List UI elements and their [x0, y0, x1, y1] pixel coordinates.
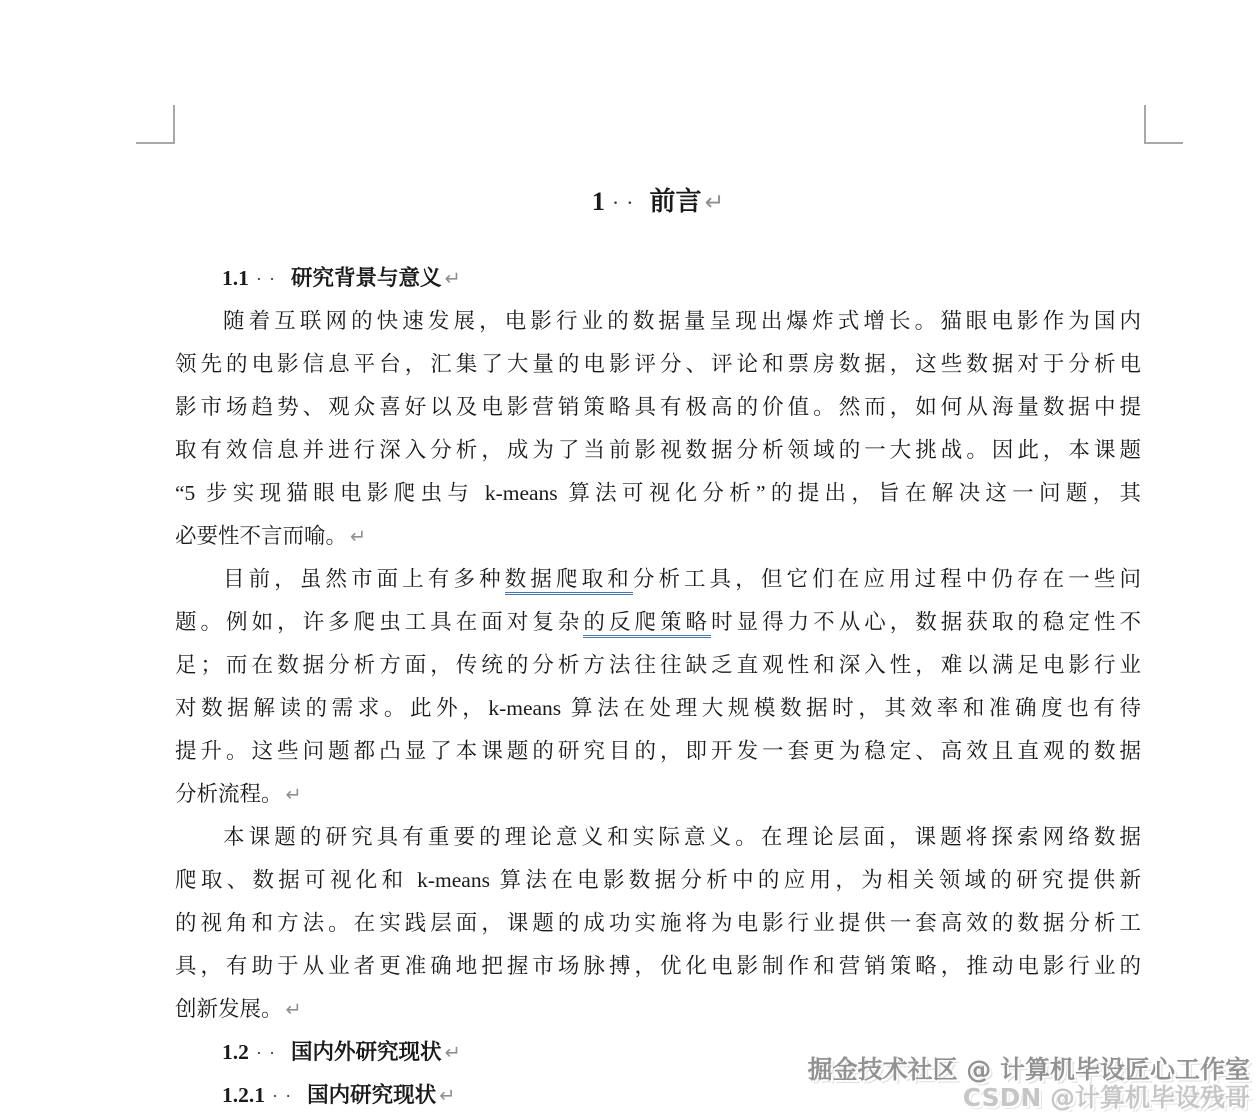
paragraph-mark-icon: ↵ — [705, 188, 725, 216]
text-line: 题。例如，许多爬虫工具在面对复杂的反爬策略时显得力不从心，数据获取的稳定性不 — [175, 601, 1141, 644]
text-run: 1.2 — [222, 1040, 249, 1064]
text-run: 创新发展。 — [175, 997, 283, 1021]
text-run: 1.2.1 — [222, 1083, 265, 1107]
document-content: 1··前言↵1.1··研究背景与意义↵随着互联网的快速发展，电影行业的数据量呈现… — [175, 180, 1141, 1112]
text-run: 1 — [592, 187, 605, 216]
text-line: 本课题的研究具有重要的理论意义和实际意义。在理论层面，课题将探索网络数据 — [175, 816, 1141, 859]
text-run: 提升。这些问题都凸显了本课题的研究目的，即开发一套更为稳定、高效且直观的数据 — [175, 739, 1141, 763]
text-line: 足；而在数据分析方面，传统的分析方法往往缺乏直观性和深入性，难以满足电影行业 — [175, 644, 1141, 687]
text-run: 目前，虽然市面上有多种 — [223, 567, 505, 591]
text-run: 1.1 — [222, 266, 249, 290]
text-line: 具，有助于从业者更准确地把握市场脉搏，优化电影制作和营销策略，推动电影行业的 — [175, 945, 1141, 988]
text-run: 前言 — [650, 187, 702, 216]
paragraph: 本课题的研究具有重要的理论意义和实际意义。在理论层面，课题将探索网络数据爬取、数… — [175, 816, 1141, 1031]
text-line: 必要性不言而喻。↵ — [175, 515, 1141, 558]
document-screenshot: { "page": { "background": "#ffffff", "te… — [0, 0, 1258, 1112]
text-run: 研究背景与意义 — [291, 266, 442, 290]
chapter-title: 1··前言↵ — [175, 180, 1141, 223]
paragraph-mark-icon: ↵ — [439, 1084, 455, 1107]
paragraph-mark-icon: ↵ — [445, 267, 461, 290]
text-run: 具，有助于从业者更准确地把握市场脉搏，优化电影制作和营销策略，推动电影行业的 — [175, 954, 1141, 978]
text-run: 分析工具，但它们在应用过程中仍存在一些问 — [633, 567, 1141, 591]
space-marks-icon: ·· — [612, 190, 641, 215]
text-line: 目前，虽然市面上有多种数据爬取和分析工具，但它们在应用过程中仍存在一些问 — [175, 558, 1141, 601]
text-line: 对数据解读的需求。此外，k-means 算法在处理大规模数据时，其效率和准确度也… — [175, 687, 1141, 730]
text-line: “5 步实现猫眼电影爬虫与 k-means 算法可视化分析”的提出，旨在解决这一… — [175, 472, 1141, 515]
text-run: 国内研究现状 — [307, 1083, 436, 1107]
paragraph-mark-icon: ↵ — [286, 998, 302, 1021]
text-line: 领先的电影信息平台，汇集了大量的电影评分、评论和票房数据，这些数据对于分析电 — [175, 343, 1141, 386]
paragraph-mark-icon: ↵ — [445, 1041, 461, 1064]
text-line: 的视角和方法。在实践层面，课题的成功实施将为电影行业提供一套高效的数据分析工 — [175, 902, 1141, 945]
text-run: 影市场趋势、观众喜好以及电影营销策略具有极高的价值。然而，如何从海量数据中提 — [175, 395, 1141, 419]
paragraph: 随着互联网的快速发展，电影行业的数据量呈现出爆炸式增长。猫眼电影作为国内领先的电… — [175, 300, 1141, 558]
text-run: “5 步实现猫眼电影爬虫与 k-means 算法可视化分析”的提出，旨在解决这一… — [175, 481, 1141, 505]
text-run: 随着互联网的快速发展，电影行业的数据量呈现出爆炸式增长。猫眼电影作为国内 — [223, 309, 1141, 333]
paragraph-mark-icon: ↵ — [350, 525, 366, 548]
paragraph-mark-icon: ↵ — [286, 783, 302, 806]
space-marks-icon: ·· — [272, 1086, 298, 1106]
text-line: 1.1··研究背景与意义↵ — [175, 257, 1141, 300]
text-line: 随着互联网的快速发展，电影行业的数据量呈现出爆炸式增长。猫眼电影作为国内 — [175, 300, 1141, 343]
text-run: 本课题的研究具有重要的理论意义和实际意义。在理论层面，课题将探索网络数据 — [223, 825, 1141, 849]
text-line: 创新发展。↵ — [175, 988, 1141, 1031]
text-run: 国内外研究现状 — [291, 1040, 442, 1064]
text-run: 对数据解读的需求。此外，k-means 算法在处理大规模数据时，其效率和准确度也… — [175, 696, 1141, 720]
page-margin-corner-top-left — [136, 105, 175, 144]
watermark-juejin: 掘金技术社区 @ 计算机毕设匠心工作室 — [808, 1056, 1250, 1083]
text-run: 时显得力不从心，数据获取的稳定性不 — [711, 610, 1141, 634]
text-line: 爬取、数据可视化和 k-means 算法在电影数据分析中的应用，为相关领域的研究… — [175, 859, 1141, 902]
text-run: 取有效信息并进行深入分析，成为了当前影视数据分析领域的一大挑战。因此，本课题 — [175, 438, 1141, 462]
watermark-csdn: CSDN @计算机毕设残哥 — [963, 1084, 1250, 1111]
text-line: 影市场趋势、观众喜好以及电影营销策略具有极高的价值。然而，如何从海量数据中提 — [175, 386, 1141, 429]
text-line: 1··前言↵ — [175, 180, 1141, 223]
text-run: 爬取、数据可视化和 k-means 算法在电影数据分析中的应用，为相关领域的研究… — [175, 868, 1141, 892]
text-run: 的视角和方法。在实践层面，课题的成功实施将为电影行业提供一套高效的数据分析工 — [175, 911, 1141, 935]
space-marks-icon: ·· — [256, 269, 282, 289]
text-run: 题。例如，许多爬虫工具在面对复杂 — [175, 610, 583, 634]
text-run: 必要性不言而喻。 — [175, 524, 347, 548]
paragraph: 目前，虽然市面上有多种数据爬取和分析工具，但它们在应用过程中仍存在一些问题。例如… — [175, 558, 1141, 816]
page-margin-corner-top-right — [1144, 105, 1183, 144]
section-heading: 1.1··研究背景与意义↵ — [175, 257, 1141, 300]
text-run: 领先的电影信息平台，汇集了大量的电影评分、评论和票房数据，这些数据对于分析电 — [175, 352, 1141, 376]
text-line: 分析流程。↵ — [175, 773, 1141, 816]
grammar-underlined-text: 数据爬取和 — [505, 567, 633, 595]
text-run: 足；而在数据分析方面，传统的分析方法往往缺乏直观性和深入性，难以满足电影行业 — [175, 653, 1141, 677]
grammar-underlined-text: 的反爬策略 — [583, 610, 711, 638]
space-marks-icon: ·· — [256, 1043, 282, 1063]
text-line: 提升。这些问题都凸显了本课题的研究目的，即开发一套更为稳定、高效且直观的数据 — [175, 730, 1141, 773]
text-line: 取有效信息并进行深入分析，成为了当前影视数据分析领域的一大挑战。因此，本课题 — [175, 429, 1141, 472]
text-run: 分析流程。 — [175, 782, 283, 806]
